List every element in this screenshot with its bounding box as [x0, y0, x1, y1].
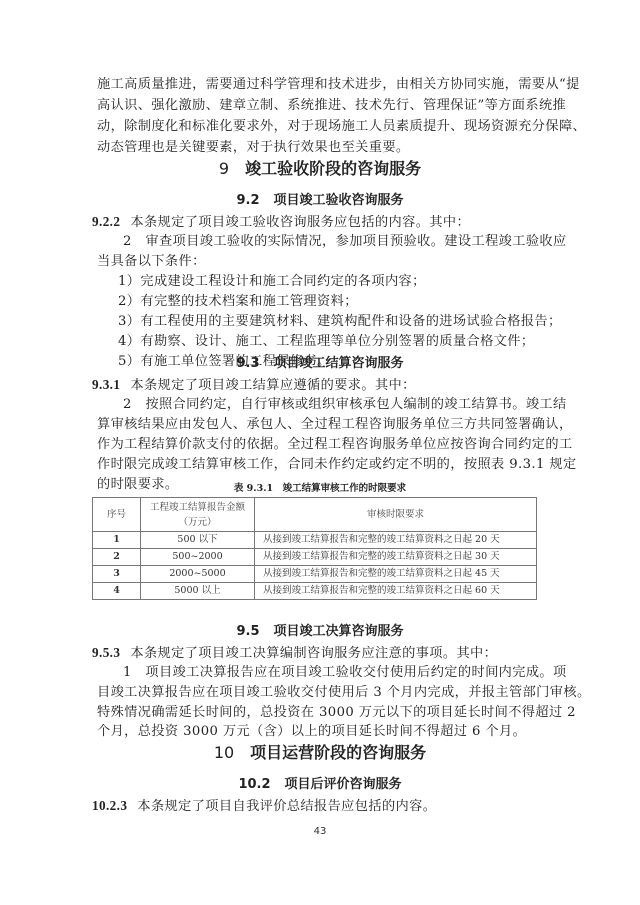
clause-number: 9.5.3	[92, 645, 120, 660]
clause-10-2-3: 10.2.3本条规定了项目自我评价总结报告应包括的内容。	[92, 796, 436, 817]
document-page: 施工高质量推进，需要通过科学管理和技术进步，由相关方协同实施，需要从“提 高认识…	[0, 0, 640, 905]
table-caption: 表 9.3.1 竣工结算审核工作的时限要求	[0, 482, 640, 496]
section-title: 项目竣工决算咨询服务	[274, 624, 404, 639]
cell-limit: 从接到竣工结算报告和完整的竣工结算资料之日起 30 天	[255, 549, 537, 566]
clause-item-line: 2 审查项目竣工验收的实际情况，参加项目预验收。建设工程竣工验收应	[97, 232, 567, 252]
section-number: 9.3	[236, 356, 259, 371]
clause-line: 目竣工决算报告应在项目竣工验收交付使用后 3 个月内完成，并报主管部门审核。	[97, 683, 591, 703]
cell-no: 4	[93, 583, 141, 600]
cell-no: 2	[93, 549, 141, 566]
clause-text: 本条规定了项目竣工验收咨询服务应包括的内容。其中：	[130, 215, 470, 230]
clause-9-5-3: 9.5.3本条规定了项目竣工决算编制咨询服务应注意的事项。其中：	[92, 643, 497, 664]
table-header-row: 序号 工程竣工结算报告金额 （万元） 审核时限要求	[93, 498, 537, 532]
intro-line: 动态管理也是关键要素，对于执行效果也至关重要。	[97, 138, 410, 158]
chapter-heading-10: 10项目运营阶段的咨询服务	[0, 742, 640, 764]
clause-line: 算审核结果应由发包人、承包人、全过程工程咨询服务单位三方共同签署确认，	[97, 415, 573, 435]
intro-line: 动，除制度化和标准化要求外，对于现场施工人员素质提升、现场资源充分保障、	[97, 117, 586, 137]
clause-line: 1 项目竣工决算报告应在项目竣工验收交付使用后约定的时间内完成。项	[97, 663, 567, 683]
page-number: 43	[0, 826, 640, 837]
cell-limit: 从接到竣工结算报告和完整的竣工结算资料之日起 60 天	[255, 583, 537, 600]
header-amount-line2: （万元）	[141, 515, 254, 530]
clause-number: 10.2.3	[92, 798, 127, 813]
section-number: 9.5	[236, 624, 259, 639]
clause-number: 9.2.2	[92, 214, 120, 229]
header-cell-no: 序号	[93, 498, 141, 532]
chapter-title: 项目运营阶段的咨询服务	[250, 743, 426, 762]
clause-9-2-2: 9.2.2本条规定了项目竣工验收咨询服务应包括的内容。其中：	[92, 212, 470, 233]
clause-text: 本条规定了项目自我评价总结报告应包括的内容。	[137, 799, 436, 814]
cell-limit: 从接到竣工结算报告和完整的竣工结算资料之日起 45 天	[255, 566, 537, 583]
section-number: 9.2	[236, 193, 259, 208]
chapter-number: 10	[214, 743, 234, 762]
chapter-heading-9: 9竣工验收阶段的咨询服务	[0, 158, 640, 180]
header-amount-line1: 工程竣工结算报告金额	[141, 500, 254, 515]
clause-item-line: 当具备以下条件：	[97, 252, 206, 272]
condition-item: 2）有完整的技术档案和施工管理资料；	[118, 292, 358, 312]
section-heading-9-3-title: 9.3项目竣工结算咨询服务	[0, 354, 640, 374]
condition-item: 3）有工程使用的主要建筑材料、建筑构配件和设备的进场试验合格报告；	[118, 312, 562, 332]
chapter-number: 9	[219, 159, 229, 178]
intro-line: 施工高质量推进，需要通过科学管理和技术进步，由相关方协同实施，需要从“提	[97, 75, 580, 95]
section-title: 项目后评价咨询服务	[285, 777, 402, 792]
table-row: 2 500~2000 从接到竣工结算报告和完整的竣工结算资料之日起 30 天	[93, 549, 537, 566]
table-row: 4 5000 以上 从接到竣工结算报告和完整的竣工结算资料之日起 60 天	[93, 583, 537, 600]
section-number: 10.2	[238, 777, 270, 792]
cell-amount: 500~2000	[141, 549, 255, 566]
clause-9-3-1: 9.3.1本条规定了项目竣工结算应遵循的要求。其中：	[92, 375, 416, 396]
clause-line: 特殊情况确需延长时间的，总投资在 3000 万元以下的项目延长时间不得超过 2	[97, 703, 576, 723]
table-row: 3 2000~5000 从接到竣工结算报告和完整的竣工结算资料之日起 45 天	[93, 566, 537, 583]
clause-line: 作时限完成竣工结算审核工作，合同未作约定或约定不明的，按照表 9.3.1 规定	[97, 455, 577, 475]
condition-item: 1）完成建设工程设计和施工合同约定的各项内容；	[118, 272, 426, 292]
cell-amount: 500 以下	[141, 532, 255, 549]
settlement-time-limit-table: 序号 工程竣工结算报告金额 （万元） 审核时限要求 1 500 以下 从接到竣工…	[92, 497, 537, 600]
section-heading-9-2: 9.2项目竣工验收咨询服务	[0, 191, 640, 211]
section-heading-10-2: 10.2项目后评价咨询服务	[0, 775, 640, 795]
cell-no: 1	[93, 532, 141, 549]
clause-text: 本条规定了项目竣工决算编制咨询服务应注意的事项。其中：	[130, 646, 497, 661]
clause-number: 9.3.1	[92, 377, 120, 392]
cell-limit: 从接到竣工结算报告和完整的竣工结算资料之日起 20 天	[255, 532, 537, 549]
section-title: 项目竣工结算咨询服务	[274, 356, 404, 371]
intro-line: 高认识、强化激励、建章立制、系统推进、技术先行、管理保证”等方面系统推	[97, 96, 566, 116]
condition-item: 4）有勘察、设计、施工、工程监理等单位分别签署的质量合格文件；	[118, 332, 534, 352]
clause-line: 2 按照合同约定，自行审核或组织审核承包人编制的竣工结算书。竣工结	[97, 395, 567, 415]
section-heading-9-5: 9.5项目竣工决算咨询服务	[0, 622, 640, 642]
cell-amount: 5000 以上	[141, 583, 255, 600]
clause-line: 作为工程结算价款支付的依据。全过程工程咨询服务单位应按咨询合同约定的工	[97, 435, 573, 455]
clause-line: 个月，总投资 3000 万元（含）以上的项目延长时间不得超过 6 个月。	[97, 722, 526, 742]
header-cell-amount: 工程竣工结算报告金额 （万元）	[141, 498, 255, 532]
section-title: 项目竣工验收咨询服务	[274, 193, 404, 208]
cell-no: 3	[93, 566, 141, 583]
chapter-title: 竣工验收阶段的咨询服务	[245, 159, 421, 178]
clause-text: 本条规定了项目竣工结算应遵循的要求。其中：	[130, 378, 415, 393]
header-cell-limit: 审核时限要求	[255, 498, 537, 532]
table-row: 1 500 以下 从接到竣工结算报告和完整的竣工结算资料之日起 20 天	[93, 532, 537, 549]
cell-amount: 2000~5000	[141, 566, 255, 583]
